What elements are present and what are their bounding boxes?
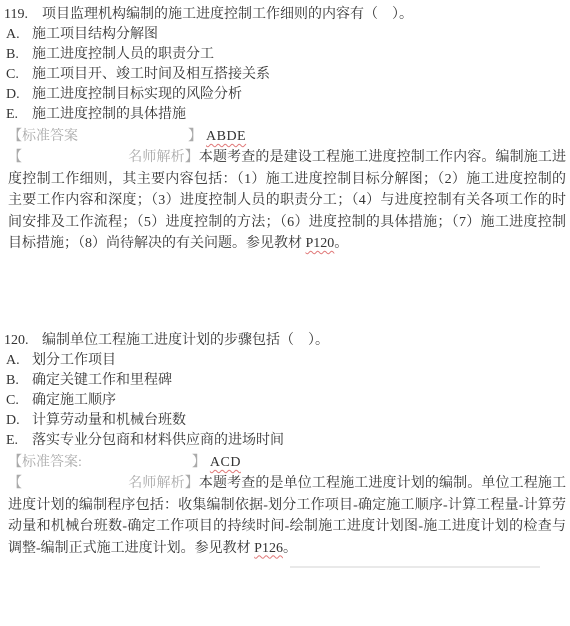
option-text: 施工项目结构分解图 bbox=[32, 27, 158, 42]
analysis-text: 本题考查的是建设工程施工进度控制工作内容。编制施工进度控制工作细则，其主要内容包… bbox=[8, 150, 566, 251]
question-block-119: 119.项目监理机构编制的施工进度控制工作细则的内容有（ ）。 A.施工项目结构… bbox=[4, 5, 566, 255]
option-text: 计算劳动量和机械台班数 bbox=[32, 413, 186, 428]
option-letter: E. bbox=[6, 431, 32, 451]
option-text: 施工进度控制人员的职责分工 bbox=[32, 47, 214, 62]
option-row-e: E.施工进度控制的具体措施 bbox=[4, 105, 566, 125]
textbook-page-ref: P120 bbox=[306, 236, 335, 251]
answer-bracket-open: 【标准答案: bbox=[8, 455, 82, 470]
option-text: 落实专业分包商和材料供应商的进场时间 bbox=[32, 433, 284, 448]
question-stem: 119.项目监理机构编制的施工进度控制工作细则的内容有（ ）。 bbox=[4, 5, 566, 25]
scan-artifact bbox=[290, 566, 540, 568]
standard-answer-row: 【标准答案】ABDE bbox=[4, 127, 566, 147]
option-text: 确定施工顺序 bbox=[32, 393, 116, 408]
question-number: 119. bbox=[4, 5, 42, 25]
analysis-paragraph: 【名师解析】本题考查的是建设工程施工进度控制工作内容。编制施工进度控制工作细则，… bbox=[4, 147, 566, 255]
question-block-120: 120.编制单位工程施工进度计划的步骤包括（ ）。 A.划分工作项目 B.确定关… bbox=[4, 331, 566, 559]
analysis-text-end: 。 bbox=[283, 541, 297, 556]
option-text: 施工进度控制的具体措施 bbox=[32, 107, 186, 122]
answer-value: ABDE bbox=[206, 129, 246, 144]
option-letter: B. bbox=[6, 45, 32, 65]
analysis-bracket-open: 【 bbox=[8, 150, 22, 165]
answer-value: ACD bbox=[210, 455, 241, 470]
analysis-bracket-open: 【 bbox=[8, 476, 22, 491]
option-letter: D. bbox=[6, 85, 32, 105]
option-row-b: B.施工进度控制人员的职责分工 bbox=[4, 45, 566, 65]
option-letter: A. bbox=[6, 25, 32, 45]
option-text: 确定关键工作和里程碑 bbox=[32, 373, 172, 388]
option-text: 施工进度控制目标实现的风险分析 bbox=[32, 87, 242, 102]
option-letter: D. bbox=[6, 411, 32, 431]
option-letter: C. bbox=[6, 65, 32, 85]
question-number: 120. bbox=[4, 331, 42, 351]
option-row-a: A.划分工作项目 bbox=[4, 351, 566, 371]
textbook-page-ref: P126 bbox=[254, 541, 283, 556]
option-row-c: C.确定施工顺序 bbox=[4, 391, 566, 411]
option-text: 划分工作项目 bbox=[32, 353, 116, 368]
option-letter: A. bbox=[6, 351, 32, 371]
answer-bracket-close: 】 bbox=[192, 455, 206, 470]
option-text: 施工项目开、竣工时间及相互搭接关系 bbox=[32, 67, 270, 82]
analysis-label: 名师解析】 bbox=[128, 476, 199, 491]
option-row-b: B.确定关键工作和里程碑 bbox=[4, 371, 566, 391]
option-row-a: A.施工项目结构分解图 bbox=[4, 25, 566, 45]
analysis-paragraph: 【名师解析】本题考查的是单位工程施工进度计划的编制。单位工程施工进度计划的编制程… bbox=[4, 473, 566, 559]
option-row-e: E.落实专业分包商和材料供应商的进场时间 bbox=[4, 431, 566, 451]
option-row-c: C.施工项目开、竣工时间及相互搭接关系 bbox=[4, 65, 566, 85]
option-letter: C. bbox=[6, 391, 32, 411]
option-letter: E. bbox=[6, 105, 32, 125]
question-stem-text: 项目监理机构编制的施工进度控制工作细则的内容有（ ）。 bbox=[42, 7, 413, 22]
option-row-d: D.计算劳动量和机械台班数 bbox=[4, 411, 566, 431]
analysis-text-end: 。 bbox=[334, 236, 348, 251]
question-stem: 120.编制单位工程施工进度计划的步骤包括（ ）。 bbox=[4, 331, 566, 351]
standard-answer-row: 【标准答案:】ACD bbox=[4, 453, 566, 473]
answer-bracket-open: 【标准答案 bbox=[8, 129, 78, 144]
question-stem-text: 编制单位工程施工进度计划的步骤包括（ ）。 bbox=[42, 333, 329, 348]
option-letter: B. bbox=[6, 371, 32, 391]
analysis-label: 名师解析】 bbox=[128, 150, 199, 165]
answer-bracket-close: 】 bbox=[188, 129, 202, 144]
option-row-d: D.施工进度控制目标实现的风险分析 bbox=[4, 85, 566, 105]
